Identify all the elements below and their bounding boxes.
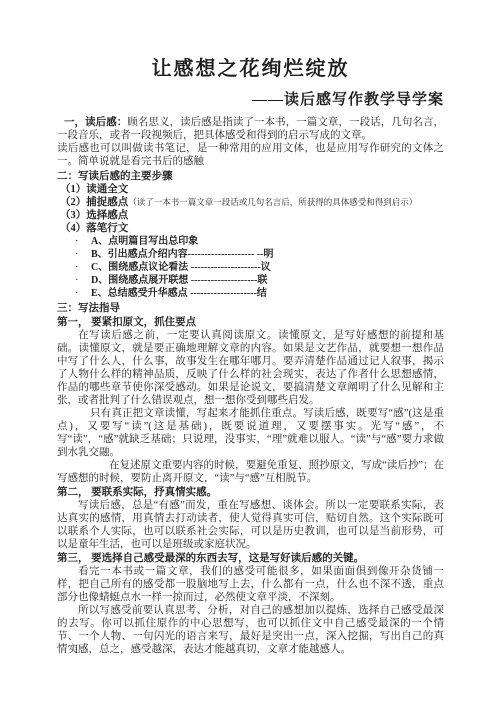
bullet-item-d: ·D、围绕感点展开联想 --------------------联 [57, 274, 444, 287]
bullet-dot-icon: · [75, 248, 91, 261]
bullet-b-dashes: -------------------- -- [188, 249, 264, 260]
bullet-c-tag: 议 [261, 262, 271, 273]
bullet-e-tag: 结 [257, 288, 267, 299]
section3-subhead-1: 第一， 要紧扣原文，抓住要点 [57, 316, 444, 329]
bullet-item-a: ·A、点明篇目写出总印象 [57, 235, 444, 248]
section3-paragraph-1: 在写读后感之前，一定要认真阅读原文。读懂原文，是写好感想的前提和基础。读懂原文，… [57, 329, 444, 407]
section3-heading: 三：写法指导 [57, 302, 444, 315]
bullet-dot-icon: · [75, 274, 91, 287]
document-title: 让感想之花绚烂绽放 [57, 56, 444, 82]
document-subtitle: ——读后感写作教学导学案 [57, 90, 444, 110]
bullet-dot-icon: · [75, 235, 91, 248]
step-2-text: （2）捕捉感点 [60, 197, 128, 208]
intro-lead-label: 一，读后感： [64, 117, 127, 128]
intro-paragraph: 一，读后感：顾名思义，读后感是指读了一本书，一篇文章，一段话，几句名言，一段音乐… [57, 116, 444, 142]
bullet-item-c: ·C、围绕感点议论看法 ---------------------议 [57, 261, 444, 274]
section3-paragraph-4: 写读后感，总是“有感”而发，重在写感想、谈体会。所以一定要联系实际，表达真实的感… [57, 499, 444, 551]
bullet-a-text: A、点明篇目写出总印象 [91, 236, 198, 247]
section2-heading: 二：写读后感的主要步骤 [57, 170, 444, 183]
step-1-text: （1）读通全文 [60, 184, 128, 195]
bullet-dot-icon: · [75, 287, 91, 300]
bullet-dot-icon: · [75, 261, 91, 274]
bullet-b-tag: 明 [263, 249, 273, 260]
bullet-d-tag: 联 [257, 275, 267, 286]
section3-subhead-2: 第二， 要联系实际，抒真情实感。 [57, 486, 444, 499]
bullet-c-dashes: --------------------- [191, 262, 261, 273]
step-item-4: （4）落笔行文 [57, 222, 444, 235]
step-item-1: （1）读通全文 [57, 183, 444, 196]
section3-subhead-3: 第三， 要选择自己感受最深的东西去写，这是写好读后感的关键。 [57, 552, 444, 565]
bullet-d-dashes: -------------------- [191, 275, 258, 286]
section3-paragraph-3: 在复述原文重要内容的时候，要避免重复、照抄原文，写成“读后抄”；在写感想的时候，… [57, 459, 444, 485]
document-page: 让感想之花绚烂绽放 ——读后感写作教学导学案 一，读后感：顾名思义，读后感是指读… [0, 0, 500, 707]
section3-paragraph-6: 所以写感受前要认真思考、分析，对自己的感想加以提炼，选择自己感受最深的去写。你可… [57, 604, 444, 656]
section3-paragraph-5: 看完一本书或一篇文章，我们的感受可能很多，如果面面俱到像开杂货铺一样，把自己所有… [57, 565, 444, 604]
step-4-text: （4）落笔行文 [60, 223, 128, 234]
bullet-c-text: C、围绕感点议论看法 [91, 262, 191, 273]
bullet-e-dashes: -------------------- [190, 288, 257, 299]
bullet-e-text: E、总结感受升华感点 [91, 288, 190, 299]
bullet-item-b: ·B、引出感点介绍内容-------------------- --明 [57, 248, 444, 261]
page-number: 1 [74, 646, 79, 656]
bullet-item-e: ·E、总结感受升华感点 --------------------结 [57, 287, 444, 300]
bullet-b-text: B、引出感点介绍内容 [91, 249, 188, 260]
step-item-3: （3）选择感点 [57, 209, 444, 222]
step-item-2: （2）捕捉感点（读了一本书一篇文章一段话或几句名言后，所获得的具体感受和得到启示… [57, 196, 444, 209]
intro-paragraph-2: 读后感也可以叫做读书笔记，是一种常用的应用文体，也是应用写作研究的文体之一。简单… [57, 142, 444, 168]
step-2-note: （读了一本书一篇文章一段话或几句名言后，所获得的具体感受和得到启示） [128, 197, 417, 207]
section3-paragraph-2: 只有真正把文章读懂，写起来才能抓住重点。写读后感，既要写“感”(这是重点)，又要… [57, 407, 444, 459]
step-3-text: （3）选择感点 [60, 210, 128, 221]
bullet-d-text: D、围绕感点展开联想 [91, 275, 191, 286]
